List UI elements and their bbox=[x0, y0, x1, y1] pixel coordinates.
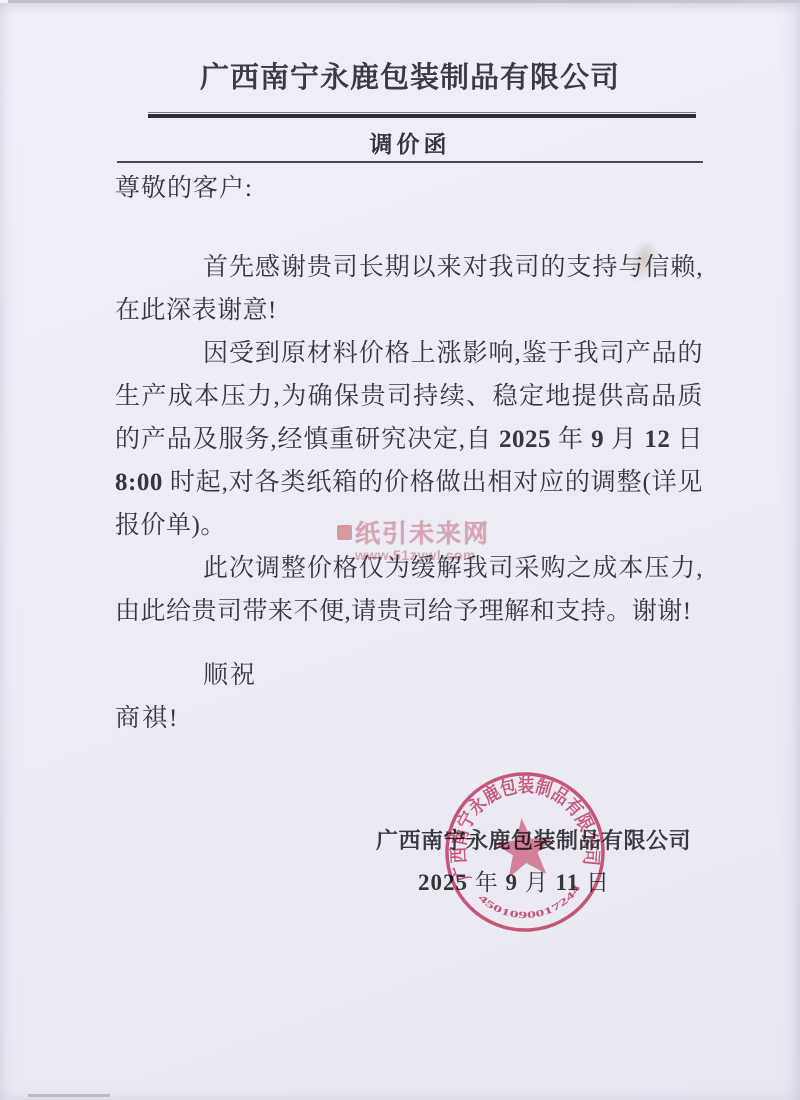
scan-edge-artifact bbox=[0, 0, 800, 3]
subtitle-underline bbox=[117, 161, 703, 163]
company-letterhead-title: 广西南宁永鹿包装制品有限公司 bbox=[115, 55, 705, 96]
letter-title: 调价函 bbox=[115, 126, 705, 159]
closing-greeting: 商祺! bbox=[115, 698, 179, 734]
company-seal-stamp: 广西南宁永鹿包装制品有限公司 4501090017244 bbox=[421, 748, 630, 957]
paragraph-price-adjustment: 因受到原材料价格上涨影响,鉴于我司产品的生产成本压力,为确保贵司持续、稳定地提供… bbox=[115, 332, 703, 547]
letterhead-divider bbox=[148, 112, 696, 118]
paragraph-thanks: 首先感谢贵司长期以来对我司的支持与信赖,在此深表谢意! bbox=[115, 246, 703, 332]
svg-text:4501090017244: 4501090017244 bbox=[475, 882, 586, 926]
scan-bottom-artifact bbox=[28, 1094, 110, 1097]
seal-number: 4501090017244 bbox=[475, 882, 586, 926]
scanned-letter-page: 广西南宁永鹿包装制品有限公司 调价函 尊敬的客户: 首先感谢贵司长期以来对我司的… bbox=[0, 0, 800, 1100]
closing-wish: 顺祝 bbox=[203, 655, 257, 691]
letter-body: 首先感谢贵司长期以来对我司的支持与信赖,在此深表谢意! 因受到原材料价格上涨影响… bbox=[115, 246, 703, 633]
salutation: 尊敬的客户: bbox=[115, 168, 253, 204]
paragraph-apology: 此次调整价格仅为缓解我司采购之成本压力,由此给贵司带来不便,请贵司给予理解和支持… bbox=[115, 547, 703, 633]
seal-star-icon bbox=[491, 815, 558, 879]
